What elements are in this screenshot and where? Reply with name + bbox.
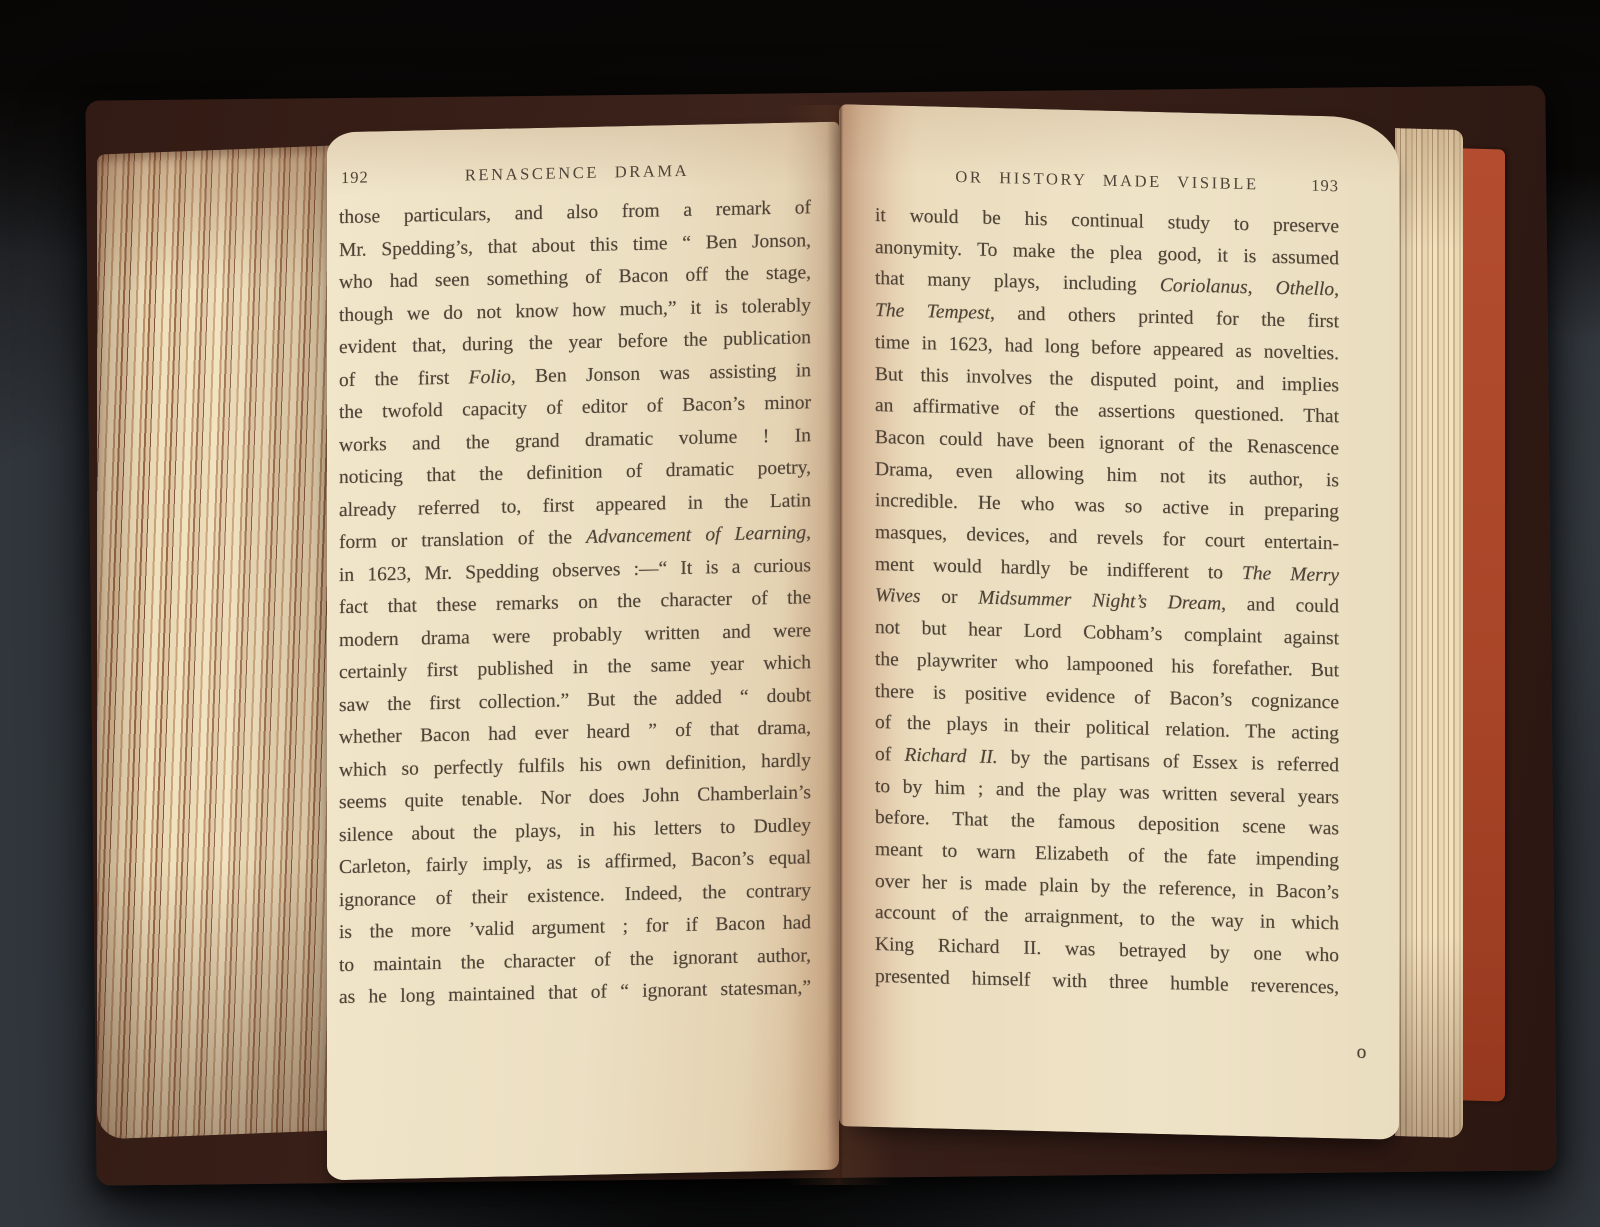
running-header-left: RENASCENCE DRAMA (411, 160, 743, 187)
right-page-text: it would be his continual study to prese… (875, 200, 1339, 1004)
right-page-header: OR HISTORY MADE VISIBLE 193 (875, 165, 1339, 196)
book-photo: 192 RENASCENCE DRAMA those particulars, … (0, 0, 1600, 1227)
page-edges-right (1395, 128, 1463, 1138)
left-page: 192 RENASCENCE DRAMA those particulars, … (327, 122, 839, 1181)
right-page: OR HISTORY MADE VISIBLE 193 it would be … (839, 104, 1399, 1140)
endpaper-strip (1463, 148, 1505, 1101)
fore-edge-pages-left (97, 145, 332, 1139)
running-header-right: OR HISTORY MADE VISIBLE (945, 167, 1269, 195)
header-spacer (743, 173, 813, 174)
left-page-header: 192 RENASCENCE DRAMA (341, 158, 813, 188)
header-spacer (875, 180, 945, 182)
left-page-text: those particulars, and also from a remar… (339, 192, 811, 1014)
open-book: 192 RENASCENCE DRAMA those particulars, … (85, 55, 1555, 1190)
page-number-left: 192 (341, 167, 411, 188)
signature-mark: o (875, 1025, 1357, 1068)
page-number-right: 193 (1269, 175, 1339, 197)
